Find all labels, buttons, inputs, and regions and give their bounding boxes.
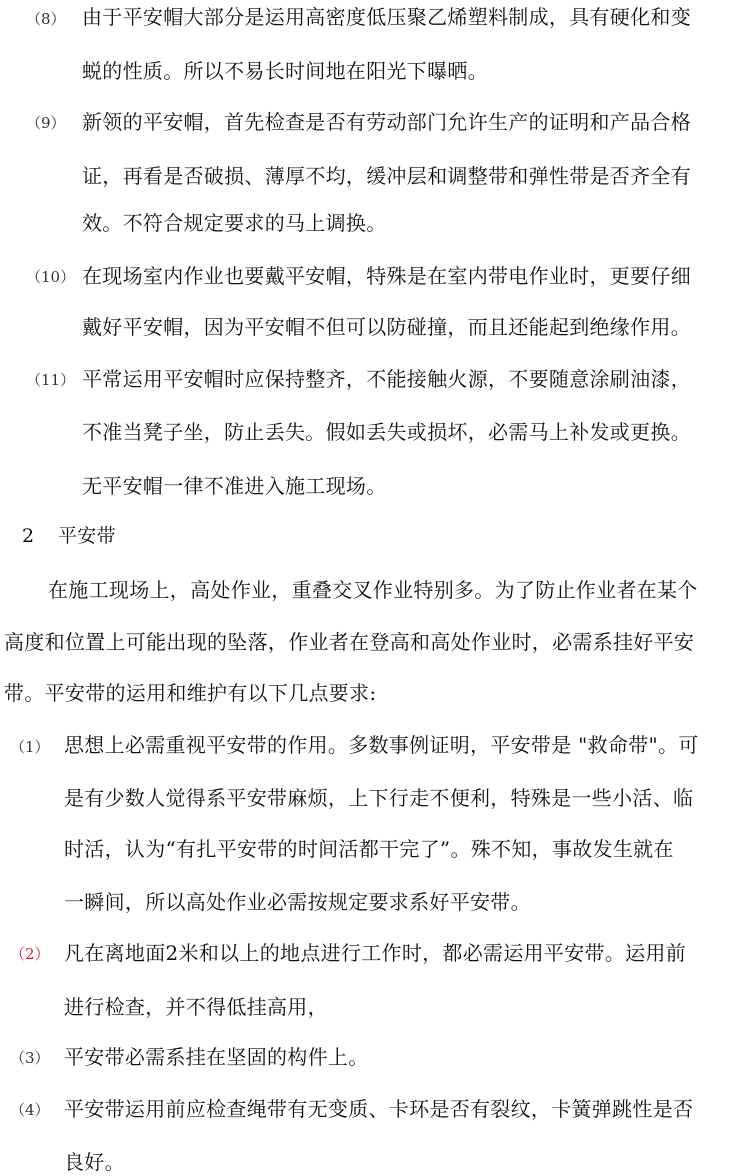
- section-title: 平安带: [58, 524, 116, 548]
- item-number: （10）: [26, 265, 75, 289]
- paragraph-line: 戴好平安帽，因为平安帽不但可以防碰撞，而且还能起到绝缘作用。: [82, 315, 691, 339]
- paragraph-line: 效。不符合规定要求的马上调换。: [82, 211, 387, 235]
- paragraph-line: 良好。: [64, 1150, 125, 1174]
- item-number: （9）: [26, 111, 66, 135]
- paragraph-line: 平常运用平安帽时应保持整齐，不能接触火源，不要随意涂刷油漆，: [82, 367, 691, 391]
- item-number: （4）: [10, 1098, 50, 1122]
- item-number: （11）: [26, 368, 75, 392]
- paragraph-line: 带。平安带的运用和维护有以下几点要求:: [4, 681, 376, 705]
- section-number: 2: [22, 524, 34, 548]
- paragraph-line: 由于平安帽大部分是运用高密度低压聚乙烯塑料制成，具有硬化和变: [82, 5, 691, 29]
- paragraph-line: 在现场室内作业也要戴平安帽，特殊是在室内带电作业时，更要仔细: [82, 264, 691, 288]
- paragraph-line: 思想上必需重视平安带的作用。多数事例证明，平安带是 "救命带"。可: [64, 733, 699, 757]
- paragraph-line: 新领的平安帽，首先检查是否有劳动部门允许生产的证明和产品合格: [82, 110, 691, 134]
- paragraph-line: 高度和位置上可能出现的坠落，作业者在登高和高处作业时，必需系挂好平安: [4, 630, 694, 654]
- item-number: （3）: [10, 1046, 50, 1070]
- item-number: （1）: [10, 735, 50, 759]
- paragraph-line: 平安带必需系挂在坚固的构件上。: [64, 1045, 369, 1069]
- paragraph-line: 平安带运用前应检查绳带有无变质、卡环是否有裂纹，卡簧弹跳性是否: [64, 1097, 693, 1121]
- paragraph-line: 无平安帽一律不准进入施工现场。: [82, 474, 387, 498]
- paragraph-line: 是有少数人觉得系平安带麻烦，上下行走不便利，特殊是一些小活、临: [64, 786, 693, 810]
- item-number-highlighted: （2）: [10, 942, 50, 966]
- item-number: （8）: [26, 7, 66, 31]
- paragraph-line: 证，再看是否破损、薄厚不均，缓冲层和调整带和弹性带是否齐全有: [82, 164, 691, 188]
- paragraph-line: 时活，认为“有扎平安带的时间活都干完了”。殊不知，事故发生就在: [64, 837, 674, 861]
- paragraph-line: 一瞬间，所以高处作业必需按规定要求系好平安带。: [64, 890, 531, 914]
- paragraph-line: 进行检查，并不得低挂高用，: [64, 995, 328, 1019]
- paragraph-line: 在施工现场上，高处作业，重叠交叉作业特别多。为了防止作业者在某个: [48, 578, 698, 602]
- paragraph-line: 不准当凳子坐，防止丢失。假如丢失或损坏，必需马上补发或更换。: [82, 420, 691, 444]
- paragraph-line: 蜕的性质。所以不易长时间地在阳光下曝晒。: [82, 59, 488, 83]
- paragraph-line: 凡在离地面2米和以上的地点进行工作时，都必需运用平安带。运用前: [64, 941, 686, 965]
